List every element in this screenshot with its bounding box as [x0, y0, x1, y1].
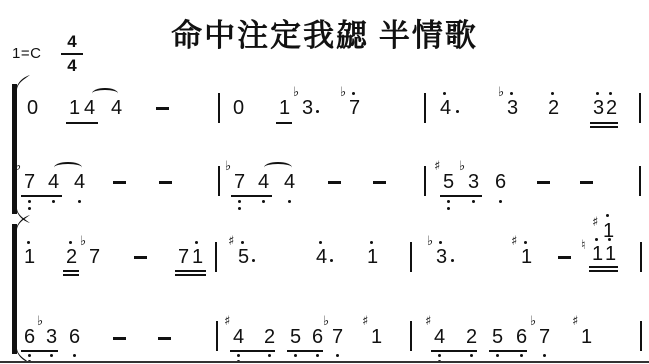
flat-icon: ♭ [323, 315, 329, 328]
note-digit: 7 [332, 327, 343, 347]
time-signature-denominator: 4 [60, 57, 84, 74]
octave-dot-low [496, 354, 499, 357]
beam-line [175, 270, 206, 272]
natural-icon: ♮ [581, 239, 586, 252]
tie-arc [54, 162, 82, 173]
barline [218, 93, 220, 123]
note-digit: 1 [592, 244, 603, 264]
barline [639, 166, 641, 196]
beam-line [589, 266, 618, 268]
octave-dot-low [262, 200, 265, 203]
beam-line [276, 122, 292, 124]
note-digit: 5 [443, 172, 454, 192]
system-brace-icon [7, 75, 31, 223]
sharp-icon: ♯ [592, 216, 598, 229]
sharp-icon: ♯ [572, 315, 578, 328]
note-digit: 7 [349, 98, 360, 118]
rest-dash [156, 107, 169, 110]
note-digit: 2 [66, 247, 77, 267]
note-digit: 2 [466, 327, 477, 347]
octave-dot-low [238, 207, 241, 210]
note-digit: 4 [233, 327, 244, 347]
note-digit: 7 [178, 247, 189, 267]
time-signature-numerator: 4 [60, 33, 84, 50]
octave-dot-high [352, 92, 355, 95]
octave-dot-high [595, 238, 598, 241]
note-digit: 4 [434, 327, 445, 347]
note-digit: 1 [69, 98, 80, 118]
beam-line [590, 122, 618, 124]
beam-line [590, 126, 618, 128]
note-digit: 2 [548, 98, 559, 118]
octave-dot-low [73, 354, 76, 357]
rest-dash [328, 181, 341, 184]
sharp-icon: ♯ [224, 315, 230, 328]
octave-dot-high [606, 214, 609, 217]
flat-icon: ♭ [340, 86, 346, 99]
note-digit: 1 [581, 327, 592, 347]
octave-dot-low [470, 354, 473, 357]
octave-dot-low [472, 200, 475, 203]
barline [640, 242, 642, 272]
octave-dot-high [510, 92, 513, 95]
beam-line [440, 195, 482, 197]
beam-line [589, 270, 618, 272]
octave-dot-low [78, 200, 81, 203]
rest-dash [113, 337, 126, 340]
note-digit: 1 [605, 244, 616, 264]
page-bottom-rule [0, 361, 649, 363]
octave-dot-low [499, 200, 502, 203]
octave-dot-high [439, 241, 442, 244]
octave-dot-low [520, 354, 523, 357]
barline [639, 93, 641, 123]
note-digit: 7 [89, 247, 100, 267]
barline [640, 321, 642, 351]
note-digit: 4 [284, 172, 295, 192]
note-digit: 1 [371, 327, 382, 347]
barline [218, 166, 220, 196]
rest-dash [159, 181, 172, 184]
beam-line [431, 350, 477, 352]
beam-line [63, 270, 79, 272]
octave-dot-high [596, 92, 599, 95]
octave-dot-low [288, 200, 291, 203]
note-digit: 7 [539, 327, 550, 347]
note-digit: 5 [290, 327, 301, 347]
octave-dot-low [447, 200, 450, 203]
rest-dash [558, 256, 571, 259]
note-digit: 6 [312, 327, 323, 347]
note-digit: 1 [279, 98, 290, 118]
barline [410, 242, 412, 272]
song-title: 命中注定我勰 半情歌 [0, 10, 649, 55]
sharp-icon: ♯ [511, 235, 517, 248]
note-digit: 1 [192, 247, 203, 267]
flat-icon: ♭ [459, 160, 465, 173]
octave-dot-low [238, 200, 241, 203]
tie-arc [92, 88, 118, 99]
note-digit: 3 [593, 98, 604, 118]
augmentation-dot [316, 110, 319, 113]
barline [410, 321, 412, 351]
octave-dot-low [50, 354, 53, 357]
barline [424, 166, 426, 196]
note-digit: 4 [111, 98, 122, 118]
rest-dash [537, 181, 550, 184]
note-digit: 7 [234, 172, 245, 192]
note-digit: 5 [238, 247, 249, 267]
flat-icon: ♭ [530, 315, 536, 328]
note-digit: 4 [74, 172, 85, 192]
note-digit: 6 [495, 172, 506, 192]
octave-dot-low [543, 354, 546, 357]
note-digit: 3 [468, 172, 479, 192]
note-digit: 4 [316, 247, 327, 267]
note-digit: 6 [516, 327, 527, 347]
note-digit: 5 [492, 327, 503, 347]
sharp-icon: ♯ [362, 315, 368, 328]
note-digit: 4 [258, 172, 269, 192]
note-digit: 0 [233, 98, 244, 118]
time-signature-rule [61, 53, 83, 55]
octave-dot-low [52, 200, 55, 203]
octave-dot-high [69, 241, 72, 244]
rest-dash [580, 181, 593, 184]
octave-dot-low [336, 354, 339, 357]
octave-dot-high [370, 241, 373, 244]
note-digit: 6 [69, 327, 80, 347]
barline [216, 321, 218, 351]
barline [215, 242, 217, 272]
flat-icon: ♭ [427, 235, 433, 248]
rest-dash [373, 181, 386, 184]
sheet-music-page: 命中注定我勰 半情歌 1=C 4 4 014401374323274474453… [0, 0, 649, 364]
note-digit: 3 [436, 247, 447, 267]
flat-icon: ♭ [37, 315, 43, 328]
beam-line [231, 195, 272, 197]
augmentation-dot [252, 259, 255, 262]
note-digit: 2 [264, 327, 275, 347]
key-signature: 1=C [12, 45, 41, 62]
octave-dot-low [438, 354, 441, 357]
octave-dot-high [608, 238, 611, 241]
sharp-icon: ♯ [425, 315, 431, 328]
flat-icon: ♭ [498, 86, 504, 99]
note-digit: 3 [46, 327, 57, 347]
flat-icon: ♭ [225, 160, 231, 173]
beam-line [66, 122, 98, 124]
octave-dot-low [294, 354, 297, 357]
barline [424, 93, 426, 123]
beam-line [175, 274, 206, 276]
octave-dot-low [237, 354, 240, 357]
tie-arc [264, 162, 292, 173]
time-signature: 4 4 [60, 33, 84, 74]
note-digit: 3 [302, 98, 313, 118]
octave-dot-low [447, 207, 450, 210]
beam-line [63, 274, 79, 276]
note-digit: 4 [440, 98, 451, 118]
octave-dot-high [195, 241, 198, 244]
beam-line [230, 350, 275, 352]
octave-dot-high [551, 92, 554, 95]
augmentation-dot [330, 259, 333, 262]
octave-dot-high [524, 241, 527, 244]
rest-dash [134, 256, 147, 259]
note-digit: 3 [507, 98, 518, 118]
augmentation-dot [451, 259, 454, 262]
note-digit: 4 [84, 98, 95, 118]
system-brace-icon [7, 215, 31, 363]
note-digit: 1 [367, 247, 378, 267]
octave-dot-high [319, 241, 322, 244]
note-digit: 1 [521, 247, 532, 267]
sharp-icon: ♯ [228, 235, 234, 248]
augmentation-dot [456, 110, 459, 113]
note-digit: 2 [606, 98, 617, 118]
octave-dot-low [316, 354, 319, 357]
rest-dash [158, 337, 171, 340]
sharp-icon: ♯ [434, 160, 440, 173]
octave-dot-high [241, 241, 244, 244]
beam-line [287, 350, 323, 352]
flat-icon: ♭ [293, 86, 299, 99]
flat-icon: ♭ [80, 235, 86, 248]
beam-line [489, 350, 527, 352]
rest-dash [113, 181, 126, 184]
octave-dot-high [609, 92, 612, 95]
note-digit: 4 [48, 172, 59, 192]
octave-dot-low [268, 354, 271, 357]
octave-dot-high [443, 92, 446, 95]
